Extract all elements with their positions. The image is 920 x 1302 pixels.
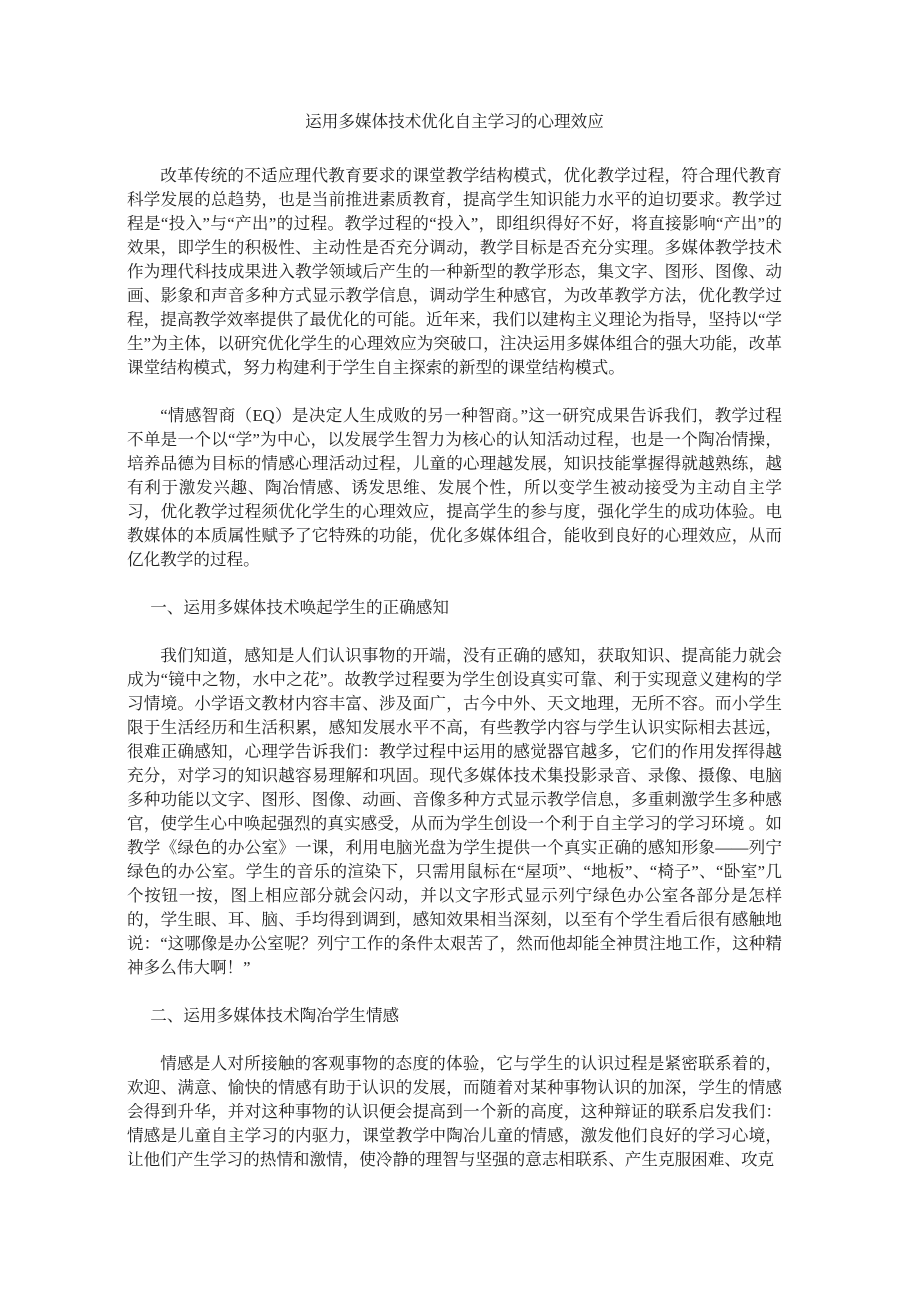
section-heading-1: 一、运用多媒体技术唤起学生的正确感知 [127, 596, 782, 620]
document-title: 运用多媒体技术优化自主学习的心理效应 [127, 110, 782, 134]
paragraph-intro-reform: 改革传统的不适应理代教育要求的课堂教学结构模式，优化教学过程，符合理代教育科学发… [127, 164, 782, 380]
paragraph-emotion: 情感是人对所接触的客观事物的态度的体验，它与学生的认识过程是紧密联系着的，欢迎、… [127, 1052, 782, 1172]
section-heading-2: 二、运用多媒体技术陶冶学生情感 [127, 1004, 782, 1028]
paragraph-perception: 我们知道，感知是人们认识事物的开端，没有正确的感知，获取知识、提高能力就会成为“… [127, 644, 782, 980]
paragraph-eq-research: “情感智商（EQ）是决定人生成败的另一种智商。”这一研究成果告诉我们，教学过程不… [127, 404, 782, 572]
document-page: 运用多媒体技术优化自主学习的心理效应 改革传统的不适应理代教育要求的课堂教学结构… [0, 0, 920, 1302]
